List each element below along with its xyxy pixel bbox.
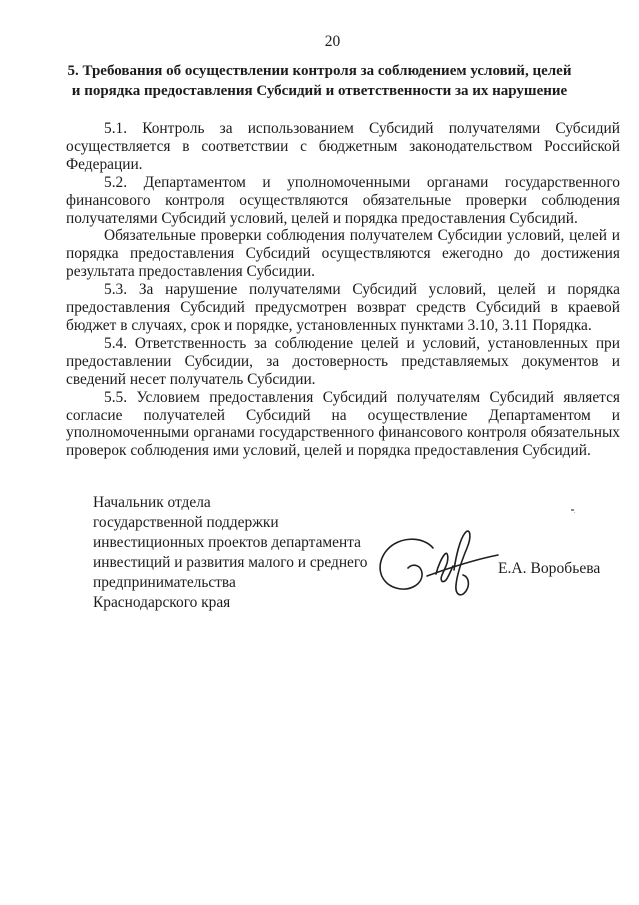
body-text: 5.1. Контроль за использованием Субсидий… <box>66 120 620 460</box>
signatory-title-line: Краснодарского края <box>93 593 368 613</box>
paragraph-5-3: 5.3. За нарушение получателями Субсидий … <box>66 281 620 335</box>
signatory-name: Е.А. Воробьева <box>498 560 600 578</box>
scan-artifact-speck <box>571 509 575 512</box>
paragraph-5-5: 5.5. Условием предоставления Субсидий по… <box>66 389 620 461</box>
signatory-title: Начальник отдела государственной поддерж… <box>93 493 368 613</box>
paragraph-5-2-continued: Обязательные проверки соблюдения получат… <box>66 227 620 281</box>
signatory-title-line: государственной поддержки <box>93 513 368 533</box>
section-heading: 5. Требования об осуществлении контроля … <box>40 61 599 101</box>
section-heading-line-1: 5. Требования об осуществлении контроля … <box>40 61 599 81</box>
signatory-title-line: предпринимательства <box>93 573 368 593</box>
handwritten-signature <box>357 517 505 609</box>
page-number: 20 <box>13 33 639 51</box>
paragraph-5-4: 5.4. Ответственность за соблюдение целей… <box>66 335 620 389</box>
paragraph-5-1: 5.1. Контроль за использованием Субсидий… <box>66 120 620 174</box>
signatory-title-line: Начальник отдела <box>93 493 368 513</box>
signatory-title-line: инвестиций и развития малого и среднего <box>93 553 368 573</box>
paragraph-5-2: 5.2. Департаментом и уполномоченными орг… <box>66 174 620 228</box>
section-heading-line-2: и порядка предоставления Субсидий и отве… <box>40 81 599 101</box>
document-page: 20 5. Требования об осуществлении контро… <box>0 0 639 905</box>
signatory-title-line: инвестиционных проектов департамента <box>93 533 368 553</box>
